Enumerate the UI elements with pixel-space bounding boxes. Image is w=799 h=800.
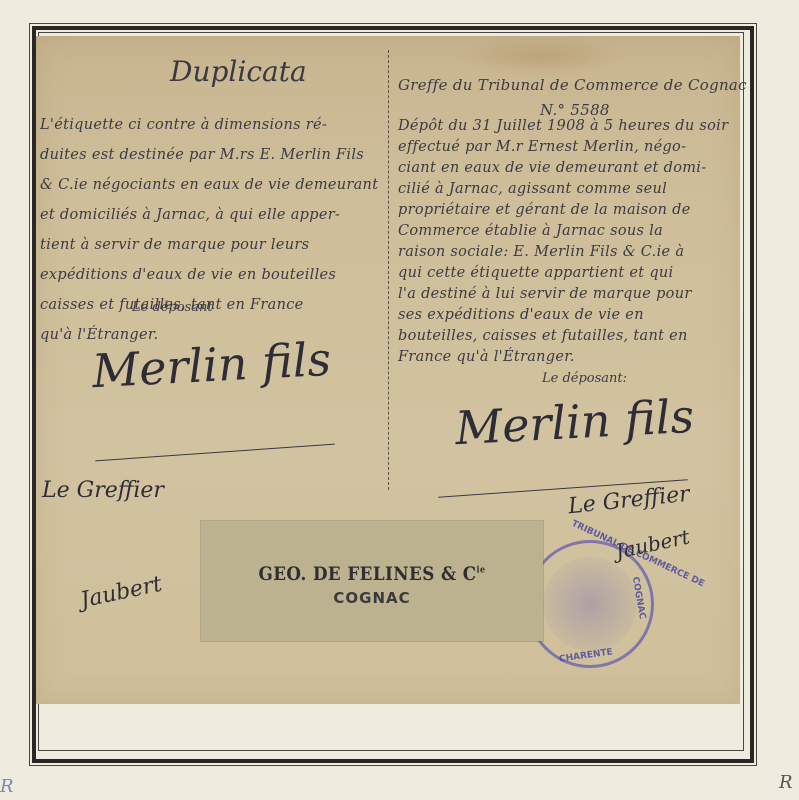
left-line: & C.ie négociants en eaux de vie demeura… <box>40 170 378 200</box>
right-line: effectué par M.r Ernest Merlin, négo- <box>398 137 728 158</box>
left-line: et domiciliés à Jarnac, à qui elle apper… <box>40 200 378 230</box>
margin-mark-right: R <box>779 772 793 793</box>
left-line: tient à servir de marque pour leurs <box>40 230 378 260</box>
label-company-sup: ie <box>477 566 486 576</box>
left-line: expéditions d'eaux de vie en bouteilles <box>40 260 378 290</box>
right-line: propriétaire et gérant de la maison de <box>398 200 728 221</box>
left-depositor-label: Le déposant <box>132 300 213 315</box>
right-line: raison sociale: E. Merlin Fils & C.ie à <box>398 242 728 263</box>
right-line: Commerce établie à Jarnac sous la <box>398 221 728 242</box>
right-line: cilié à Jarnac, agissant comme seul <box>398 179 728 200</box>
right-line: l'a destiné à lui servir de marque pour <box>398 284 728 305</box>
brand-label: GEO. DE FELINES & Cie COGNAC <box>201 521 543 641</box>
left-clerk-label: Le Greffier <box>42 478 164 503</box>
right-line: bouteilles, caisses et futailles, tant e… <box>398 326 728 347</box>
right-declaration-text: Dépôt du 31 Juillet 1908 à 5 heures du s… <box>398 116 728 368</box>
right-line: France qu'à l'Étranger. <box>398 347 728 368</box>
label-company-name: GEO. DE FELINES & Cie <box>222 563 523 585</box>
right-depositor-label: Le déposant: <box>542 371 627 386</box>
stamp-bottom-text: CHARENTE <box>559 647 614 664</box>
right-line: ciant en eaux de vie demeurant et domi- <box>398 158 728 179</box>
left-line: duites est destinée par M.rs E. Merlin F… <box>40 140 378 170</box>
duplicate-title: Duplicata <box>170 55 307 88</box>
label-city: COGNAC <box>201 589 543 607</box>
right-line: qui cette étiquette appartient et qui <box>398 263 728 284</box>
column-divider <box>388 50 389 490</box>
margin-mark-left: R <box>0 776 14 797</box>
stamp-emblem-icon <box>543 557 637 651</box>
right-line: ses expéditions d'eaux de vie en <box>398 305 728 326</box>
right-line: Dépôt du 31 Juillet 1908 à 5 heures du s… <box>398 116 728 137</box>
left-line: L'étiquette ci contre à dimensions ré- <box>40 110 378 140</box>
